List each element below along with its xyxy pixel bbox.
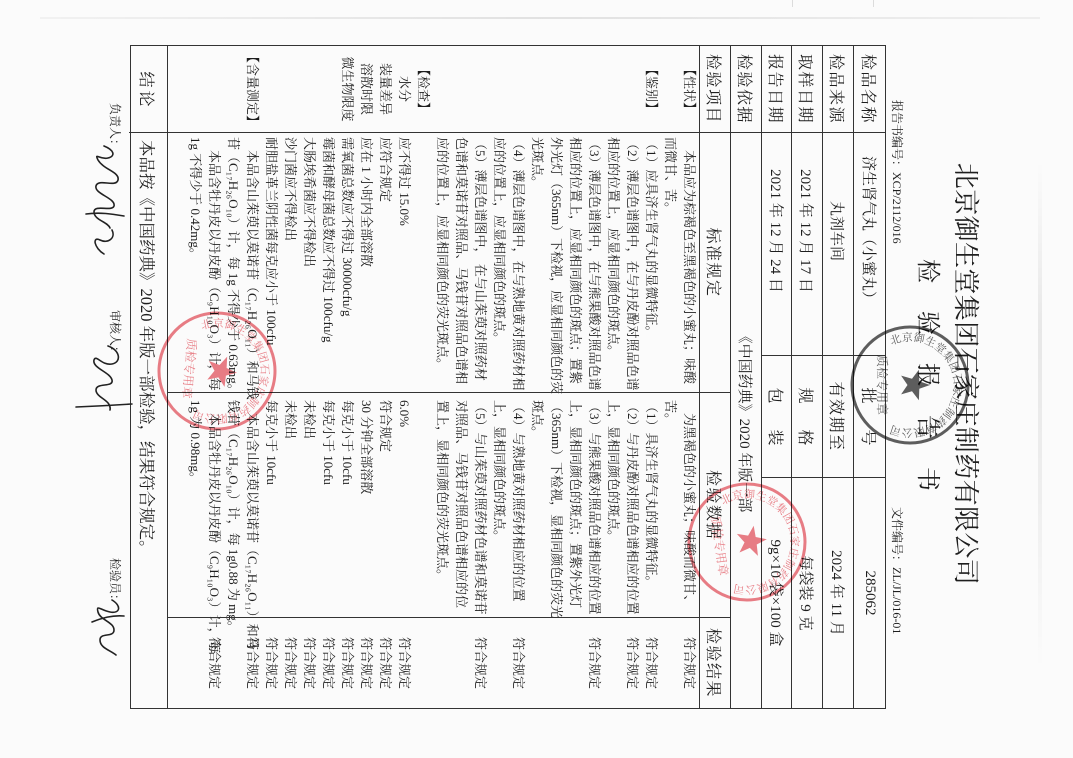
data-line: （4）与熟地黄对照药材相应的位置 [509,393,528,617]
standard-line: （1）应具济生肾气丸的显微特征。 [642,133,661,392]
standard-line: 应符合规定 [376,133,395,392]
item-label: 溶散时限 [357,46,376,132]
file-number: 文件编号：ZL/JL/016-01 [890,507,904,634]
quality-inspection-seal-gray: 北京御生堂集团石家庄制药有限公司 质检专用章 [848,323,972,447]
data-line: （5）与山茱萸对照药材色谱和莫诺苷 [471,393,490,617]
seal-star-icon [207,355,238,388]
data-line: （1）具济生肾气丸的显微特征。 [642,393,661,617]
handwritten-signatures [68,0,138,758]
seal-text: 质检专用章 [180,338,200,399]
data-line: 苦。 [661,393,680,617]
result-text: 符合规定 [205,618,224,708]
standard-line: （4）薄层色谱图中，在与熟地黄对照药材相 [509,133,528,392]
seal-star-icon [736,524,769,558]
item-label [471,46,490,132]
result-text [414,618,433,708]
item-label [224,46,243,132]
data-line: 每克小于 10cfu [319,393,338,617]
item-label [186,46,205,132]
standard-line: 大肠埃希菌应不得检出 [300,133,319,392]
item-label [604,46,623,132]
data-line: 斑点。 [528,393,547,617]
result-text: 符合规定 [585,618,604,708]
report-number-value: XCP/2112/016 [890,172,904,244]
item-label: 【鉴别】 [642,46,661,132]
standard-line: 相应的位置上，应显相同颜色的斑点；置紫 [566,133,585,392]
result-text: 符合规定 [319,618,338,708]
item-label: 微生物限度 [338,46,357,132]
data-line: 未检出 [281,393,300,617]
info-label-package: 包装 [762,355,791,477]
item-label [566,46,585,132]
reviewer-signature [76,346,132,410]
result-text: 符合规定 [300,618,319,708]
manager-signature [86,146,124,254]
standard-line: 光斑点。 [528,133,547,392]
result-text: 符合规定 [642,618,661,708]
item-label [509,46,528,132]
report-number: 报告书编号：XCP/2112/016 [890,100,904,244]
data-line: 6.0% [395,393,414,617]
info-label-spec: 规格 [792,355,822,477]
standard-line: 霉菌和酵母菌总数应不得过 100cfu/g [319,133,338,392]
data-line: 上，显相同颜色的斑点。 [604,393,623,617]
info-value: 丸剂车间 [823,132,853,355]
result-text: 符合规定 [509,618,528,708]
result-text: 符合规定 [243,618,262,708]
seal-text: 质检专用章 [708,515,731,577]
result-text: 符合规定 [471,618,490,708]
data-line: 置上，显相同颜色的荧光斑点。 [433,393,452,617]
data-line: （2）与丹皮酚对照品色谱相应的位置 [623,393,642,617]
standard-line: 应的位置上，应显相同颜色的斑点。 [490,133,509,392]
seal-star-icon [901,370,930,400]
standard-line: （3）薄层色谱图中，在与熊果酸对照品色谱 [585,133,604,392]
data-line: 未检出 [300,393,319,617]
result-text: 符合规定 [376,618,395,708]
basis-value: 《中国药典》2020 年版一部 [731,132,761,708]
info-row-report-date: 报告日期 2021 年 12 月 24 日 包装 9g×10 袋×100 盒 [761,46,791,708]
standard-line: 应不得过 15.0% [395,133,414,392]
standard-line: 而微甘、苦。 [661,133,680,392]
item-label: 【性状】 [680,46,699,132]
standard-line [414,133,433,392]
standard-line: 需氧菌总数应不得过 30000cfu/g [338,133,357,392]
info-label: 检品名称 [854,46,885,132]
result-text [547,618,566,708]
result-text: 符合规定 [680,618,699,708]
data-line: 符合规定 [376,393,395,617]
result-text [604,618,623,708]
result-text [528,618,547,708]
item-label [300,46,319,132]
standard-line: 应的位置上，应显相同颜色的荧光斑点。 [433,133,452,392]
info-value: 济生肾气丸（小蜜丸） [854,132,885,355]
result-text: 符合规定 [262,618,281,708]
standard-line: （2）薄层色谱图中，在与丹皮酚对照品色谱 [623,133,642,392]
info-value-batch: 285062 [854,477,885,708]
data-line [414,393,433,617]
item-label-column: 【性状】 【鉴别】 【检查】 水分 装量差异 溶散时限 微生物限度 [168,46,699,132]
item-label [623,46,642,132]
quality-inspection-seal-red: 北京御生堂集团石家庄制药有限公司 质检专用章 [677,472,817,612]
item-label [319,46,338,132]
inspection-report-document: 北京御生堂集团石家庄制药有限公司 检验报告书 报告书编号：XCP/2112/01… [0,0,1073,758]
info-row-sampling-date: 取样日期 2021 年 12 月 17 日 规格 每袋装 9 克 [791,46,822,708]
standard-line: 色谱和莫诺苷对照品、马钱苷对照品色谱相 [452,133,471,392]
item-label [490,46,509,132]
column-header-item: 检验项目 [700,46,730,132]
data-line: 上，显相同颜色的斑点。 [490,393,509,617]
data-line: （3）与熊果酸对照品色谱相应的位置 [585,393,604,617]
item-label [281,46,300,132]
data-line: 对照品、马钱苷对照品色谱相应的位 [452,393,471,617]
result-text: 符合规定 [395,618,414,708]
file-number-value: ZL/JL/016-01 [890,567,904,634]
info-label: 报告日期 [762,46,791,132]
result-text [186,618,205,708]
item-label [433,46,452,132]
result-text [452,618,471,708]
item-label: 水分 [395,46,414,132]
result-text [224,618,243,708]
standard-line: 相应的位置上，应显相同颜色的斑点。 [604,133,623,392]
item-label [452,46,471,132]
info-value: 2021 年 12 月 24 日 [762,132,791,355]
column-header-result: 检验结果 [700,617,730,708]
result-text [490,618,509,708]
info-label: 检品来源 [823,46,853,132]
info-value: 2021 年 12 月 17 日 [792,132,822,355]
result-text: 符合规定 [357,618,376,708]
quality-inspection-seal-red-2: 北京御生堂集团石家庄制药有限公司 质检专用章 [150,304,284,438]
standard-line: 沙门菌应不得检出 [281,133,300,392]
item-label: 【含量测定】 [243,46,262,132]
result-text [433,618,452,708]
result-text [566,618,585,708]
inspector-signature [92,600,124,655]
result-column: 符合规定 符合规定 符合规定 符合规定 符合规定 符合规定 符合规定 符合规定 … [168,617,699,708]
info-row-basis: 检验依据 《中国药典》2020 年版一部 [730,46,761,708]
column-header-standard: 标准规定 [700,132,730,392]
data-line: 30 分钟全部溶散 [357,393,376,617]
result-text: 符合规定 [623,618,642,708]
data-line: 上，显相同颜色的斑点；置紫外光灯 [566,393,585,617]
standard-line: 本品应为棕褐色至黑褐色的小蜜丸；味酸 [680,133,699,392]
item-label [547,46,566,132]
standard-line: 外光灯（365nm）下检视，应显相同颜色的荧 [547,133,566,392]
data-line: （365nm）下检视，显相同颜色的荧光 [547,393,566,617]
item-label [528,46,547,132]
result-text: 符合规定 [338,618,357,708]
standard-line: （5）薄层色谱图中， 在与山茱萸对照药材 [471,133,490,392]
file-number-label: 文件编号： [890,507,904,567]
info-label: 取样日期 [792,46,822,132]
data-line: 每克小于 10cfu [338,393,357,617]
basis-label: 检验依据 [731,46,761,132]
report-number-label: 报告书编号： [890,100,904,172]
item-label: 【检查】 [414,46,433,132]
item-label [585,46,604,132]
item-label [262,46,281,132]
item-label [661,46,680,132]
seal-text: 质检专用章 [875,355,890,415]
item-label: 装量差异 [376,46,395,132]
result-text: 符合规定 [281,618,300,708]
standard-line: 应在 1 小时内全部溶散 [357,133,376,392]
result-text [661,618,680,708]
item-label [205,46,224,132]
info-value-expiry: 2024 年 11 月 [823,477,853,708]
